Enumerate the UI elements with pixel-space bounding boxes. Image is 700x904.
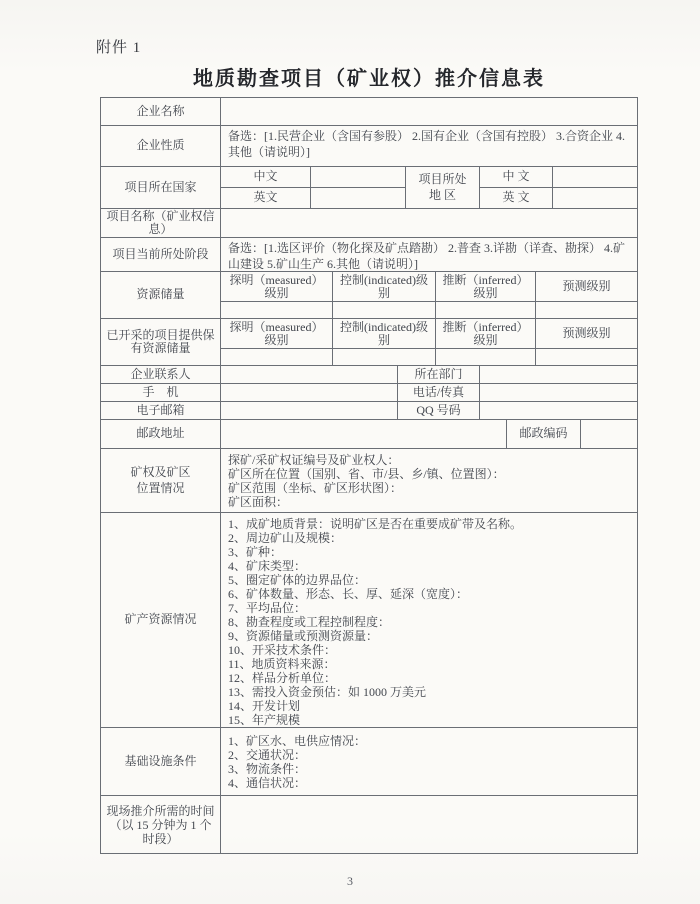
region-lang-labels: 中 文 英 文 xyxy=(480,167,553,208)
stage-label: 项目当前所处阶段 xyxy=(101,238,221,271)
department-value xyxy=(480,366,637,383)
mineral-item: 7、平均品位： xyxy=(228,601,630,615)
resource-inferred-value xyxy=(436,302,536,318)
mined-col-inferred: 推断（inferred）级别 xyxy=(436,319,536,348)
department-label: 所在部门 xyxy=(398,366,480,383)
resource-col-measured: 探明（measured）级别 xyxy=(221,272,333,301)
mineral-item: 13、需投入资金预估：如 1000 万美元 xyxy=(228,685,630,699)
region-en-value xyxy=(553,188,637,208)
row-resource-reserve: 资源储量 探明（measured）级别 控制(indicated)级别 推断（i… xyxy=(101,272,637,319)
region-label: 项目所处 地 区 xyxy=(406,167,480,208)
mineral-item: 1、成矿地质背景：说明矿区是否在重要成矿带及名称。 xyxy=(228,517,630,531)
phone-fax-value xyxy=(480,384,637,401)
mined-header-row: 探明（measured）级别 控制(indicated)级别 推断（inferr… xyxy=(221,319,637,349)
attachment-label: 附件 1 xyxy=(96,36,141,57)
company-name-label: 企业名称 xyxy=(101,98,221,125)
mined-inferred-value xyxy=(436,349,536,365)
rights-line: 矿区所在位置（国别、省、市/县、乡/镇、位置图）： xyxy=(228,467,630,481)
row-mineral-resources: 矿产资源情况 1、成矿地质背景：说明矿区是否在重要成矿带及名称。 2、周边矿山及… xyxy=(101,513,637,728)
mineral-label: 矿产资源情况 xyxy=(101,513,221,727)
resource-grid: 探明（measured）级别 控制(indicated)级别 推断（inferr… xyxy=(221,272,637,318)
resource-col-indicated: 控制(indicated)级别 xyxy=(333,272,436,301)
mineral-details: 1、成矿地质背景：说明矿区是否在重要成矿带及名称。 2、周边矿山及规模： 3、矿… xyxy=(221,513,637,727)
row-company-nature: 企业性质 备选：[1.民营企业（含国有参股） 2.国有企业（含国有控股） 3.合… xyxy=(101,126,637,167)
infrastructure-item: 3、物流条件： xyxy=(228,762,630,776)
infrastructure-item: 1、矿区水、电供应情况： xyxy=(228,734,630,748)
mineral-item: 5、圈定矿体的边界品位： xyxy=(228,573,630,587)
row-email: 电子邮箱 QQ 号码 xyxy=(101,402,637,420)
project-name-value xyxy=(221,209,637,237)
country-label: 项目所在国家 xyxy=(101,167,221,208)
mined-col-measured: 探明（measured）级别 xyxy=(221,319,333,348)
country-en-label: 英文 xyxy=(221,188,310,208)
row-infrastructure: 基础设施条件 1、矿区水、电供应情况： 2、交通状况： 3、物流条件： 4、通信… xyxy=(101,728,637,796)
mineral-item: 2、周边矿山及规模： xyxy=(228,531,630,545)
row-mobile: 手 机 电话/传真 xyxy=(101,384,637,402)
resource-header-row: 探明（measured）级别 控制(indicated)级别 推断（inferr… xyxy=(221,272,637,302)
row-postal: 邮政地址 邮政编码 xyxy=(101,420,637,449)
mobile-value xyxy=(221,384,398,401)
mineral-item: 8、勘查程度或工程控制程度： xyxy=(228,615,630,629)
infrastructure-details: 1、矿区水、电供应情况： 2、交通状况： 3、物流条件： 4、通信状况： xyxy=(221,728,637,795)
region-values xyxy=(553,167,637,208)
row-mining-rights: 矿权及矿区 位置情况 探矿/采矿权证编号及矿业权人： 矿区所在位置（国别、省、市… xyxy=(101,449,637,513)
rights-line: 矿区范围（坐标、矿区形状图）： xyxy=(228,481,630,495)
country-lang-labels: 中文 英文 xyxy=(221,167,311,208)
resource-label: 资源储量 xyxy=(101,272,221,318)
mobile-label: 手 机 xyxy=(101,384,221,401)
resource-value-row xyxy=(221,302,637,318)
country-cn-value xyxy=(311,167,405,188)
row-presentation-time: 现场推介所需的时间（以 15 分钟为 1 个时段） xyxy=(101,796,637,853)
presentation-time-value xyxy=(221,796,637,853)
postal-code-label: 邮政编码 xyxy=(507,420,581,448)
country-values xyxy=(311,167,406,208)
stage-options: 备选：[1.选区评价（物化探及矿点踏勘） 2.普查 3.详勘（详查、勘探） 4.… xyxy=(221,238,637,271)
row-stage: 项目当前所处阶段 备选：[1.选区评价（物化探及矿点踏勘） 2.普查 3.详勘（… xyxy=(101,238,637,272)
mineral-item: 9、资源储量或预测资源量： xyxy=(228,629,630,643)
row-project-name: 项目名称（矿业权信息） xyxy=(101,209,637,238)
rights-line: 矿区面积： xyxy=(228,495,630,509)
resource-indicated-value xyxy=(333,302,436,318)
country-cn-label: 中文 xyxy=(221,167,310,188)
contact-label: 企业联系人 xyxy=(101,366,221,383)
postal-address-label: 邮政地址 xyxy=(101,420,221,448)
infrastructure-label: 基础设施条件 xyxy=(101,728,221,795)
mineral-item: 4、矿床类型： xyxy=(228,559,630,573)
mineral-item: 15、年产规模 xyxy=(228,713,630,727)
mineral-item: 12、样品分析单位： xyxy=(228,671,630,685)
region-cn-value xyxy=(553,167,637,188)
contact-value xyxy=(221,366,398,383)
rights-line: 探矿/采矿权证编号及矿业权人： xyxy=(228,453,630,467)
mined-col-forecast: 预测级别 xyxy=(536,319,637,348)
project-name-label: 项目名称（矿业权信息） xyxy=(101,209,221,237)
resource-col-forecast: 预测级别 xyxy=(536,272,637,301)
email-label: 电子邮箱 xyxy=(101,402,221,419)
country-en-value xyxy=(311,188,405,208)
phone-fax-label: 电话/传真 xyxy=(398,384,480,401)
resource-col-inferred: 推断（inferred）级别 xyxy=(436,272,536,301)
mined-measured-value xyxy=(221,349,333,365)
region-en-label: 英 文 xyxy=(480,188,552,208)
mined-forecast-value xyxy=(536,349,637,365)
qq-label: QQ 号码 xyxy=(398,402,480,419)
qq-value xyxy=(480,402,637,419)
resource-forecast-value xyxy=(536,302,637,318)
row-contact: 企业联系人 所在部门 xyxy=(101,366,637,384)
company-name-value xyxy=(221,98,637,125)
row-mined-reserve: 已开采的项目提供保有资源储量 探明（measured）级别 控制(indicat… xyxy=(101,319,637,366)
page-title: 地质勘查项目（矿业权）推介信息表 xyxy=(100,62,638,91)
mined-resource-label: 已开采的项目提供保有资源储量 xyxy=(101,319,221,365)
mined-indicated-value xyxy=(333,349,436,365)
resource-measured-value xyxy=(221,302,333,318)
mineral-item: 3、矿种： xyxy=(228,545,630,559)
promotion-info-table: 企业名称 企业性质 备选：[1.民营企业（含国有参股） 2.国有企业（含国有控股… xyxy=(100,97,638,854)
postal-code-value xyxy=(581,420,637,448)
email-value xyxy=(221,402,398,419)
postal-address-value xyxy=(221,420,507,448)
page-number: 3 xyxy=(0,874,700,889)
row-location: 项目所在国家 中文 英文 项目所处 地 区 中 文 英 文 xyxy=(101,167,637,209)
mined-value-row xyxy=(221,349,637,365)
company-nature-label: 企业性质 xyxy=(101,126,221,166)
row-company-name: 企业名称 xyxy=(101,98,637,126)
region-cn-label: 中 文 xyxy=(480,167,552,188)
mineral-item: 6、矿体数量、形态、长、厚、延深（宽度）： xyxy=(228,587,630,601)
mineral-item: 10、开采技术条件： xyxy=(228,643,630,657)
mined-col-indicated: 控制(indicated)级别 xyxy=(333,319,436,348)
scanned-form-page: 附件 1 地质勘查项目（矿业权）推介信息表 企业名称 企业性质 备选：[1.民营… xyxy=(0,0,700,904)
mineral-item: 11、地质资料来源： xyxy=(228,657,630,671)
mineral-item: 14、开发计划 xyxy=(228,699,630,713)
presentation-time-label: 现场推介所需的时间（以 15 分钟为 1 个时段） xyxy=(101,796,221,853)
infrastructure-item: 2、交通状况： xyxy=(228,748,630,762)
infrastructure-item: 4、通信状况： xyxy=(228,776,630,790)
rights-label: 矿权及矿区 位置情况 xyxy=(101,449,221,512)
mined-resource-grid: 探明（measured）级别 控制(indicated)级别 推断（inferr… xyxy=(221,319,637,365)
rights-details: 探矿/采矿权证编号及矿业权人： 矿区所在位置（国别、省、市/县、乡/镇、位置图）… xyxy=(221,449,637,512)
company-nature-options: 备选：[1.民营企业（含国有参股） 2.国有企业（含国有控股） 3.合资企业 4… xyxy=(221,126,637,166)
